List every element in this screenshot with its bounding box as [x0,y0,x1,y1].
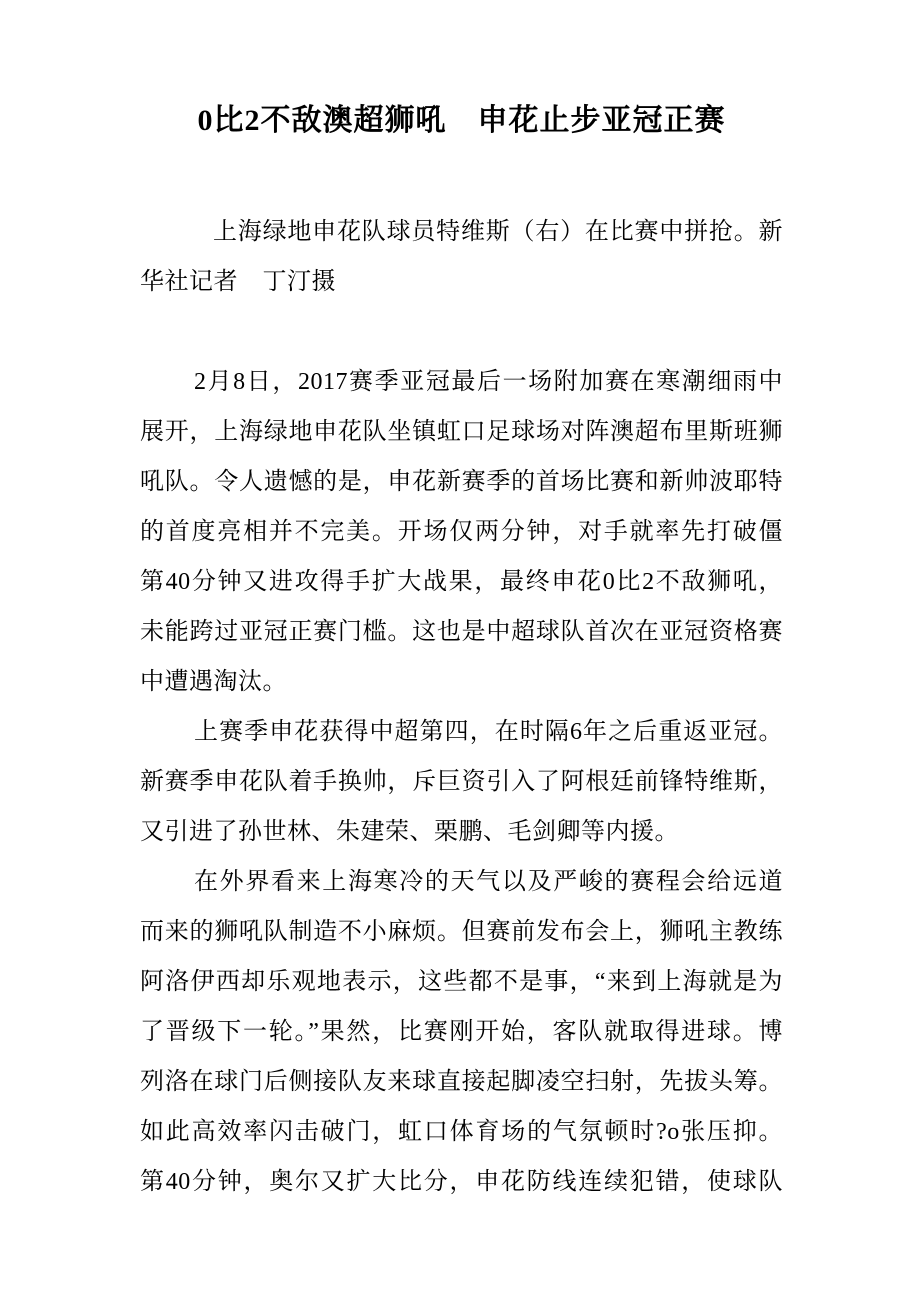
paragraph-2: 上赛季申花获得中超第四，在时隔6年之后重返亚冠。新赛季申花队着手换帅，斥巨资引入… [140,707,783,857]
body-line: 展开，上海绿地申花队坐镇虹口足球场对阵澳超布里斯班狮 [140,407,783,457]
body-line: 的首度亮相并不完美。开场仅两分钟，对手就率先打破僵局， [140,507,783,557]
caption-line: 华社记者 丁汀摄 [140,257,783,307]
body-line: 列洛在球门后侧接队友来球直接起脚凌空扫射，先拔头筹。 [140,1057,783,1107]
caption-line: 上海绿地申花队球员特维斯（右）在比赛中拼抢。新 [140,207,783,257]
document-page: 0比2不敌澳超狮吼 申花止步亚冠正赛 上海绿地申花队球员特维斯（右）在比赛中拼抢… [0,0,920,1302]
text-column: 0比2不敌澳超狮吼 申花止步亚冠正赛 上海绿地申花队球员特维斯（右）在比赛中拼抢… [140,0,783,1207]
body-line: 又引进了孙世林、朱建荣、栗鹏、毛剑卿等内援。 [140,807,783,857]
body-line: 新赛季申花队着手换帅，斥巨资引入了阿根廷前锋特维斯， [140,757,783,807]
body-line: 上赛季申花获得中超第四，在时隔6年之后重返亚冠。 [140,707,783,757]
body-line: 吼队。令人遗憾的是，申花新赛季的首场比赛和新帅波耶特 [140,457,783,507]
body-line: 在外界看来上海寒冷的天气以及严峻的赛程会给远道 [140,857,783,907]
article-title: 0比2不敌澳超狮吼 申花止步亚冠正赛 [140,96,783,146]
body-line: 2月8日，2017赛季亚冠最后一场附加赛在寒潮细雨中 [140,357,783,407]
body-line: 了晋级下一轮。”果然，比赛刚开始，客队就取得进球。博 [140,1007,783,1057]
body-line: 未能跨过亚冠正赛门槛。这也是中超球队首次在亚冠资格赛 [140,607,783,657]
paragraph-1: 2月8日，2017赛季亚冠最后一场附加赛在寒潮细雨中展开，上海绿地申花队坐镇虹口… [140,357,783,707]
body-line: 而来的狮吼队制造不小麻烦。但赛前发布会上，狮吼主教练 [140,907,783,957]
photo-caption: 上海绿地申花队球员特维斯（右）在比赛中拼抢。新华社记者 丁汀摄 [140,207,783,307]
body-line: 第40分钟又进攻得手扩大战果，最终申花0比2不敌狮吼， [140,557,783,607]
article-body: 2月8日，2017赛季亚冠最后一场附加赛在寒潮细雨中展开，上海绿地申花队坐镇虹口… [140,357,783,1207]
body-line: 第40分钟，奥尔又扩大比分，申花防线连续犯错，使球队 [140,1157,783,1207]
body-line: 如此高效率闪击破门，虹口体育场的气氛顿时?o张压抑。 [140,1107,783,1157]
body-line: 阿洛伊西却乐观地表示，这些都不是事，“来到上海就是为 [140,957,783,1007]
body-line: 中遭遇淘汰。 [140,657,783,707]
paragraph-3: 在外界看来上海寒冷的天气以及严峻的赛程会给远道而来的狮吼队制造不小麻烦。但赛前发… [140,857,783,1207]
